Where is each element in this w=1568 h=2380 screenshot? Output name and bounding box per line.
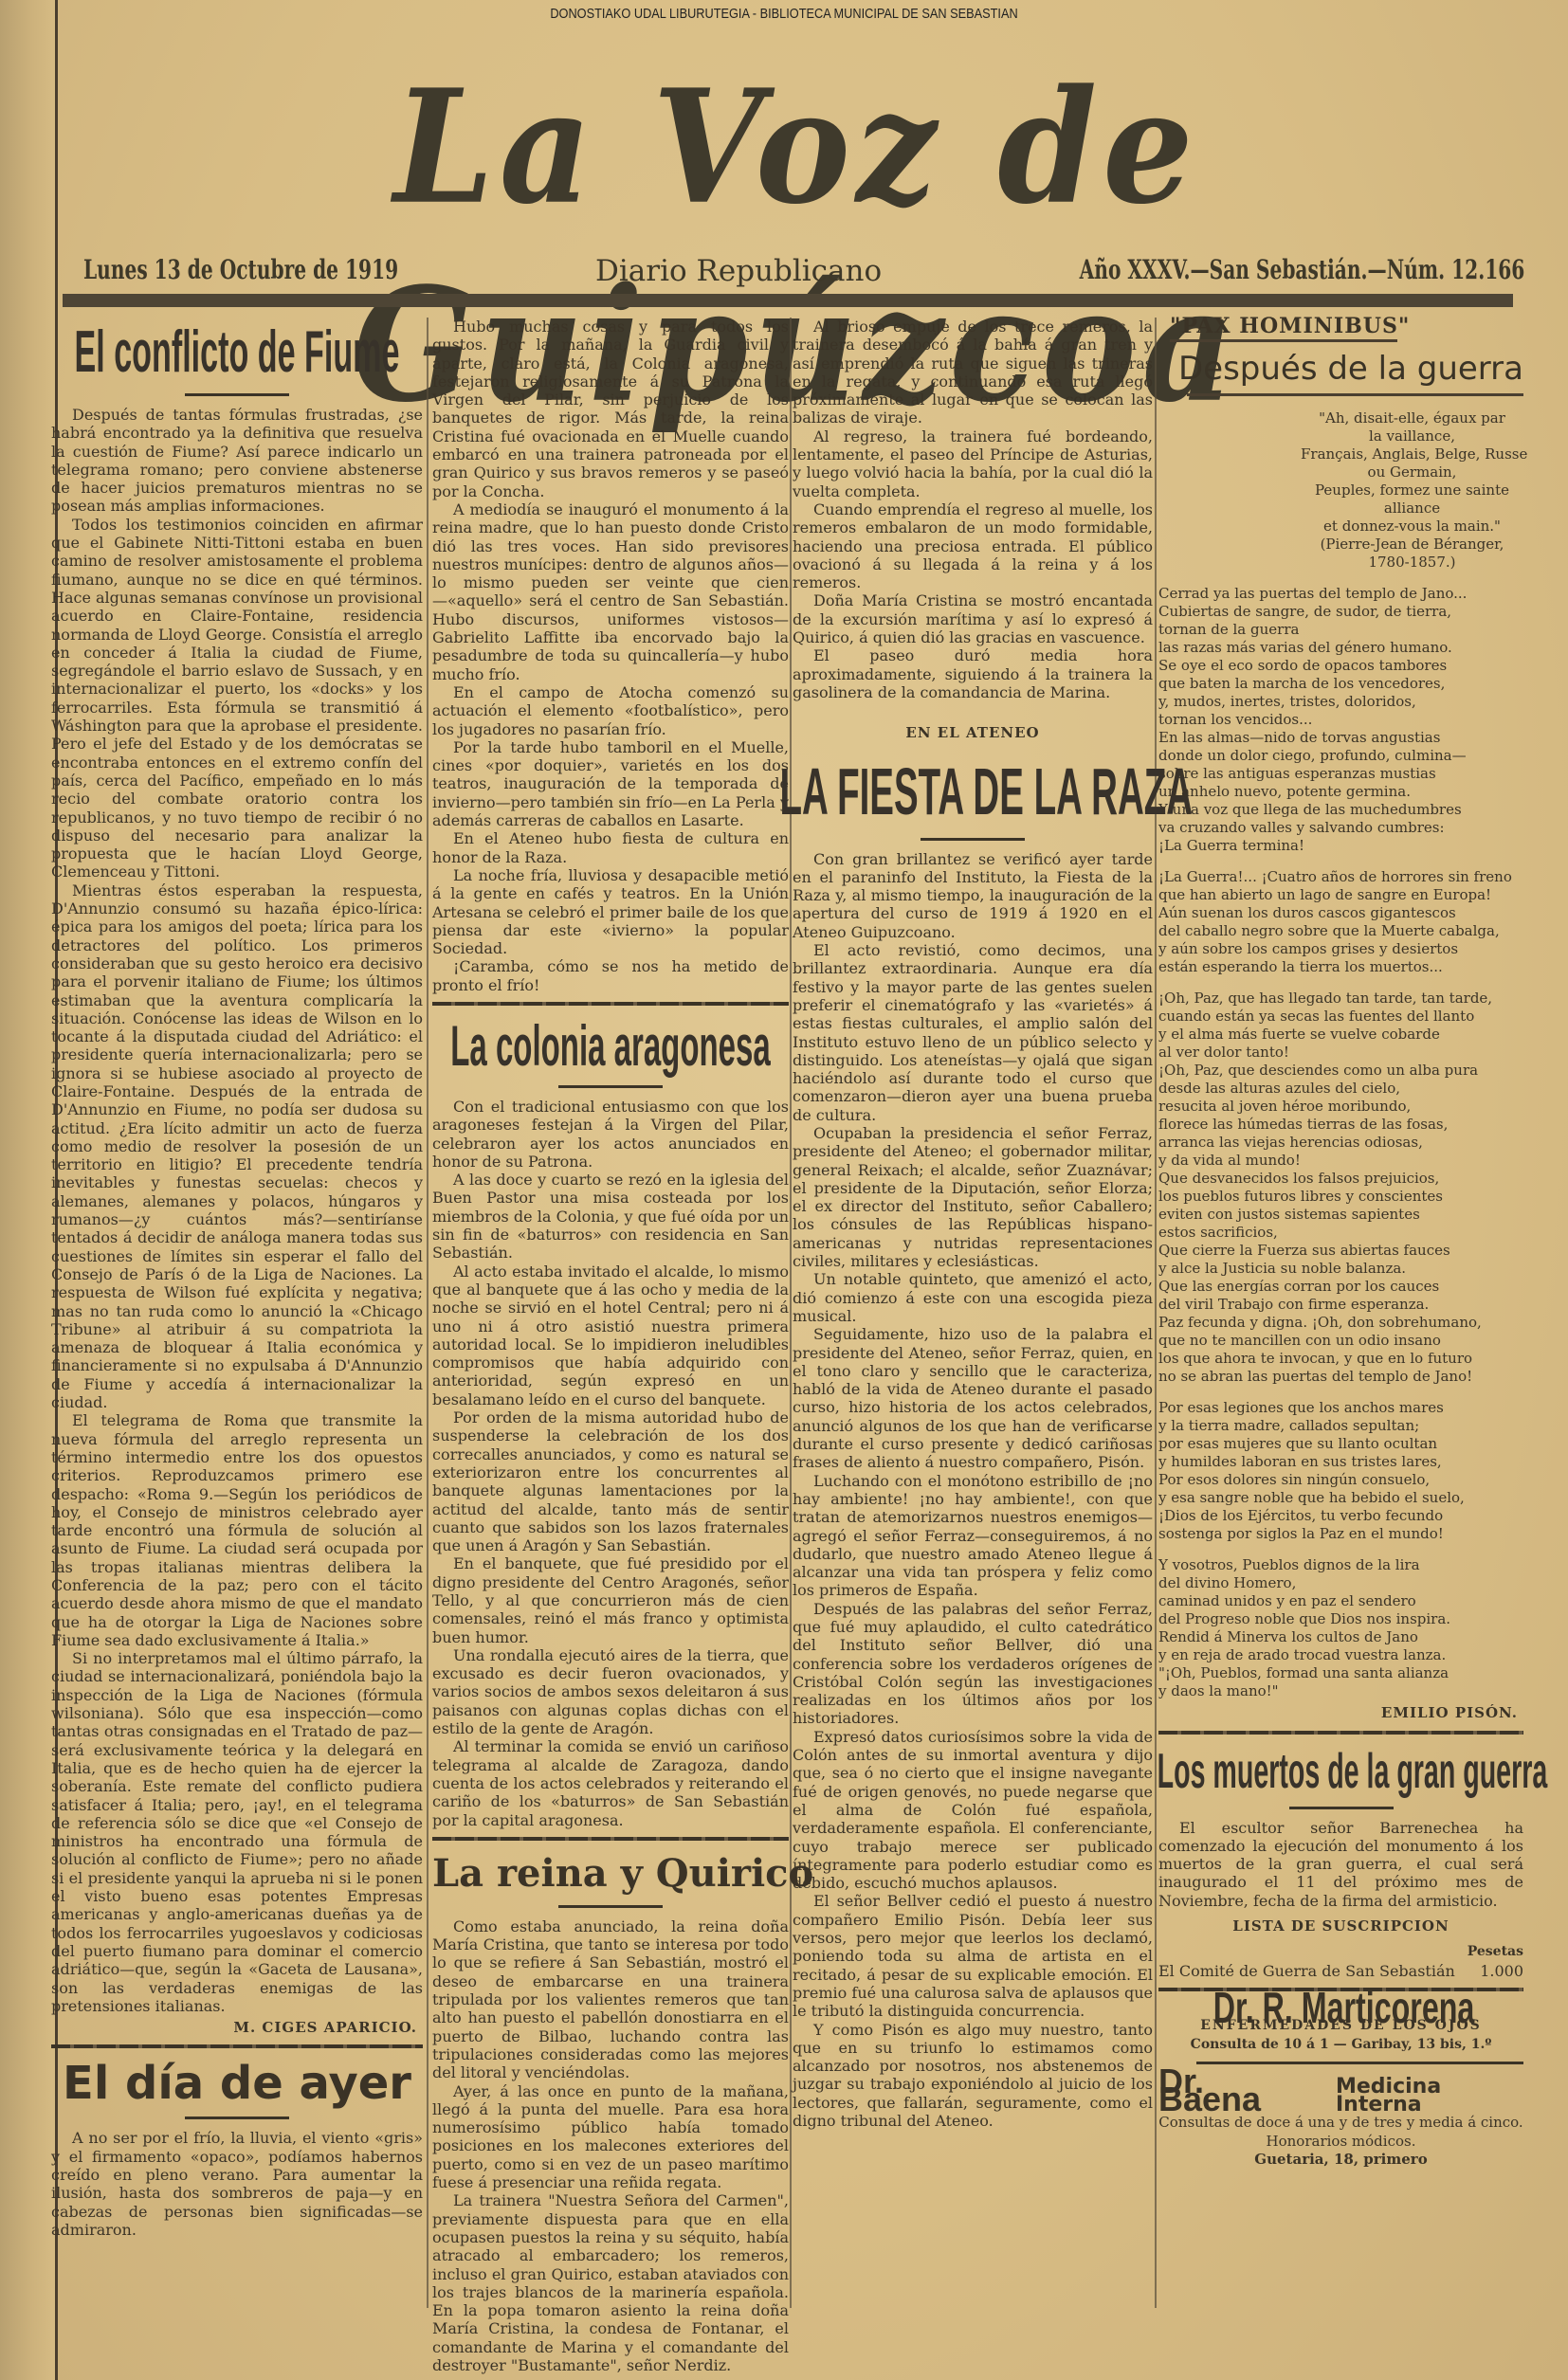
column-header: Pesetas	[1158, 1943, 1523, 1961]
epigraph-line: et donnez-vous la main."	[1301, 518, 1523, 536]
epigraph-line: alliance	[1301, 500, 1523, 518]
headline-rule	[185, 393, 289, 396]
verse-line: estos sacrificios,	[1158, 1224, 1523, 1242]
headline: Los muertos de la gran guerra	[1158, 1742, 1525, 1801]
epigraph-line: (Pierre-Jean de Béranger,	[1301, 536, 1523, 554]
headline-rule	[558, 1905, 663, 1908]
verse-line: ¡La Guerra!... ¡Cuatro años de horrores …	[1158, 868, 1523, 886]
verse-line: Paz fecunda y digna. ¡Oh, don sobrehuman…	[1158, 1314, 1523, 1332]
paragraph: El telegrama de Roma que transmite la nu…	[51, 1411, 423, 1649]
verse-line: y la tierra madre, callados sepultan;	[1158, 1417, 1523, 1435]
verse-line: sobre las antiguas esperanzas mustias	[1158, 765, 1523, 783]
headline-rule	[1187, 393, 1523, 396]
subscriber-name: El Comité de Guerra de San Sebastián	[1158, 1962, 1455, 1980]
verse-line: al ver dolor tanto!	[1158, 1044, 1523, 1062]
verse-line: Y vosotros, Pueblos dignos de la lira	[1158, 1556, 1523, 1574]
verse-line: ¡La Guerra termina!	[1158, 837, 1523, 855]
paragraph: Una rondalla ejecutó aires de la tierra,…	[432, 1646, 789, 1737]
verse-line: ¡Oh, Paz, que desciendes como un alba pu…	[1158, 1062, 1523, 1080]
verse-line: Que desvanecidos los falsos prejuicios,	[1158, 1170, 1523, 1188]
verse-line: Que cierre la Fuerza sus abiertas fauces	[1158, 1242, 1523, 1260]
column-4: "PAX HOMINIBUS" Después de la guerra "Ah…	[1158, 318, 1523, 2169]
verse-line: Cubiertas de sangre, de sudor, de tierra…	[1158, 603, 1523, 621]
epigraph-line: Peuples, formez une sainte	[1301, 481, 1523, 500]
paragraph: Al brioso empuje de los trece remeros, l…	[793, 318, 1153, 427]
paragraph: El escultor señor Barrenechea ha comenza…	[1158, 1819, 1523, 1910]
ad-details: Consultas de doce á una y de tres y medi…	[1158, 2114, 1523, 2151]
article-colonia: La colonia aragonesa Con el tradicional …	[432, 1013, 789, 1829]
article-muertos: Los muertos de la gran guerra El esculto…	[1158, 1742, 1523, 1980]
ad-address: Guetaria, 18, primero	[1158, 2151, 1523, 2169]
verse-line: que no te mancillen con un odio insano	[1158, 1332, 1523, 1350]
epigraph: "Ah, disait-elle, égaux parla vaillance,…	[1301, 409, 1523, 572]
paragraph: En el Ateneo hubo fiesta de cultura en h…	[432, 829, 789, 866]
headline-rule	[1289, 1807, 1394, 1809]
byline: EMILIO PISÓN.	[1164, 1704, 1518, 1722]
paragraph: Luchando con el monótono estribillo de ¡…	[793, 1472, 1153, 1600]
verse-line: que han abierto un lago de sangre en Eur…	[1158, 886, 1523, 904]
verse-line: "¡Oh, Pueblos, formad una santa alianza	[1158, 1664, 1523, 1682]
ad-marticorena: Dr. R. Marticorena ENFERMEDADES DE LOS O…	[1158, 1999, 1523, 2054]
paragraph: Ayer, á las once en punto de la mañana, …	[432, 2082, 789, 2192]
paragraph: El acto revistió, como decimos, una bril…	[793, 941, 1153, 1124]
masthead-rule	[63, 294, 1513, 307]
verse-line: desde las alturas azules del cielo,	[1158, 1080, 1523, 1098]
verse-line: no se abran las puertas del templo de Ja…	[1158, 1368, 1523, 1386]
ad-divider	[1196, 2062, 1523, 2064]
paragraph: Todos los testimonios coinciden en afirm…	[51, 516, 423, 881]
ad-baena: Dr. Baena Medicina Interna Consultas de …	[1158, 2072, 1523, 2169]
paragraph: Después de tantas fórmulas frustradas, ¿…	[51, 406, 423, 516]
tagline: Diario Republicano	[595, 254, 882, 288]
verse-line: que baten la marcha de los vencedores,	[1158, 675, 1523, 693]
headline: La reina y Quirico	[432, 1848, 789, 1899]
paragraph: Como estaba anunciado, la reina doña Mar…	[432, 1917, 789, 2082]
column-divider	[1155, 318, 1157, 2308]
verse-line: cuando están ya secas las fuentes del ll…	[1158, 1008, 1523, 1026]
paragraph: Y como Pisón es algo muy nuestro, tanto …	[793, 2021, 1153, 2131]
ad-name: Dr. R. Marticorena	[1213, 1999, 1469, 2017]
paragraph: El señor Bellver cedió el puesto á nuest…	[793, 1892, 1153, 2020]
headline-rule	[921, 838, 1025, 841]
verse-line: los que ahora te invocan, y que en lo fu…	[1158, 1350, 1523, 1368]
verse-line: y aún sobre los campos grises y desierto…	[1158, 940, 1523, 958]
paragraph: El paseo duró media hora aproximadamente…	[793, 646, 1153, 701]
article-reina-quirico: La reina y Quirico Como estaba anunciado…	[432, 1848, 789, 2374]
dateline: Lunes 13 de Octubre de 1919 Diario Repub…	[83, 254, 1524, 292]
paragraph: Por la tarde hubo tamboril en el Muelle,…	[432, 738, 789, 829]
issue-date: Lunes 13 de Octubre de 1919	[83, 254, 398, 285]
verse-line: y en reja de arado trocad vuestra lanza.	[1158, 1646, 1523, 1664]
verse-line: donde un dolor ciego, profundo, culmina—	[1158, 747, 1523, 765]
paragraph: Con el tradicional entusiasmo con que lo…	[432, 1098, 789, 1171]
binding-edge	[0, 0, 58, 2380]
verse-line: del caballo negro sobre que la Muerte ca…	[1158, 922, 1523, 940]
headline: El día de ayer	[51, 2056, 423, 2111]
epigraph-line: la vaillance,	[1301, 427, 1523, 445]
masthead: La Voz de Guipúzcoa	[76, 66, 1517, 256]
verse-line: y, mudos, inertes, tristes, doloridos,	[1158, 693, 1523, 711]
paragraph: Al acto estaba invitado el alcalde, lo m…	[432, 1263, 789, 1408]
poem: Cerrad ya las puertas del templo de Jano…	[1158, 585, 1523, 1700]
verse-line: las razas más varias del género humano.	[1158, 639, 1523, 657]
verse-line: tornan de la guerra	[1158, 621, 1523, 639]
kicker: "PAX HOMINIBUS"	[1170, 318, 1523, 336]
verse-line: sostenga por siglos la Paz en el mundo!	[1158, 1525, 1523, 1543]
kicker-rule	[1170, 339, 1397, 342]
column-2: Hubo muchas cosas y para todos los gusto…	[432, 318, 789, 2374]
headline-rule	[558, 1085, 663, 1088]
paragraph: Expresó datos curiosísimos sobre la vida…	[793, 1728, 1153, 1893]
epigraph-line: Français, Anglais, Belge, Russe	[1301, 445, 1523, 463]
verse-line: y alce la Justicia su noble balanza.	[1158, 1260, 1523, 1278]
ornamental-rule	[432, 1837, 789, 1841]
article-fiume: El conflicto de Fiume Después de tantas …	[51, 318, 423, 2037]
paragraph: La noche fría, lluviosa y desapacible me…	[432, 866, 789, 957]
verse-line: por esas mujeres que su llanto ocultan	[1158, 1435, 1523, 1453]
article-fiesta-raza: EN EL ATENEO LA FIESTA DE LA RAZA Con gr…	[793, 724, 1153, 2130]
verse-line: y humildes laboran en sus tristes lares,	[1158, 1453, 1523, 1471]
verse-line: resucita al joven héroe moribundo,	[1158, 1098, 1523, 1116]
paragraph: Al terminar la comida se envió un cariño…	[432, 1737, 789, 1828]
verse-line: arranca las viejas herencias odiosas,	[1158, 1134, 1523, 1152]
verse-line: caminad unidos y en paz el sendero	[1158, 1592, 1523, 1610]
verse-line: del divino Homero,	[1158, 1574, 1523, 1592]
library-header: DONOSTIAKO UDAL LIBURUTEGIA - BIBLIOTECA…	[118, 6, 1450, 22]
verse-line: Se oye el eco sordo de opacos tambores	[1158, 657, 1523, 675]
column-3: Al brioso empuje de los trece remeros, l…	[793, 318, 1153, 2130]
verse-line: están esperando la tierra los muertos...	[1158, 958, 1523, 976]
ornamental-rule	[51, 2044, 423, 2048]
verse-line: Que las energías corran por los cauces	[1158, 1278, 1523, 1296]
headline: LA FIESTA DE LA RAZA	[780, 751, 1166, 832]
verse-line: los pueblos futuros libres y conscientes	[1158, 1188, 1523, 1206]
paragraph: A las doce y cuarto se rezó en la iglesi…	[432, 1171, 789, 1262]
headline: El conflicto de Fiume	[51, 318, 423, 388]
paragraph: A no ser por el frío, la lluvia, el vien…	[51, 2129, 423, 2239]
ad-specialty: Medicina Interna	[1336, 2078, 1523, 2115]
column-divider	[427, 318, 428, 2308]
verse-line: ¡Oh, Paz, que has llegado tan tarde, tan…	[1158, 990, 1523, 1008]
paragraph: Ocupaban la presidencia el señor Ferraz,…	[793, 1124, 1153, 1270]
paragraph: Mientras éstos esperaban la respuesta, D…	[51, 881, 423, 1412]
article-dia-de-ayer: El día de ayer A no ser por el frío, la …	[51, 2056, 423, 2239]
verse-line: ¡Dios de los Ejércitos, tu verbo fecundo	[1158, 1507, 1523, 1525]
verse-line: Por esos dolores sin ningún consuelo,	[1158, 1471, 1523, 1489]
paragraph: La trainera "Nuestra Señora del Carmen",…	[432, 2191, 789, 2374]
verse-line: del Progreso noble que Dios nos inspira.	[1158, 1610, 1523, 1628]
verse-line: tornan los vencidos...	[1158, 711, 1523, 729]
ornamental-rule	[1158, 1731, 1523, 1735]
verse-line: Aún suenan los duros cascos gigantescos	[1158, 904, 1523, 922]
ornamental-rule	[432, 1002, 789, 1006]
verse-line: Y una voz que llega de las muchedumbres	[1158, 801, 1523, 819]
column-divider	[790, 318, 792, 2308]
verse-line: y esa sangre noble que ha bebido el suel…	[1158, 1489, 1523, 1507]
headline: Después de la guerra	[1158, 348, 1523, 390]
verse-line: florece las húmedas tierras de las fosas…	[1158, 1116, 1523, 1134]
headline-rule	[185, 2117, 289, 2119]
epigraph-line: ou Germain,	[1301, 463, 1523, 481]
verse-line: va cruzando valles y salvando cumbres:	[1158, 819, 1523, 837]
verse-line: un anhelo nuevo, potente germina.	[1158, 783, 1523, 801]
subscriber-amount: 1.000	[1480, 1962, 1523, 1980]
verse-line: En las almas—nido de torvas angustias	[1158, 729, 1523, 747]
ad-details: Consulta de 10 á 1 — Garibay, 13 bis, 1.…	[1158, 2036, 1523, 2054]
paragraph: En el banquete, que fué presidido por el…	[432, 1554, 789, 1645]
paragraph: En el campo de Atocha comenzó su actuaci…	[432, 683, 789, 738]
epigraph-line: "Ah, disait-elle, égaux par	[1301, 409, 1523, 427]
verse-line: y el alma más fuerte se vuelve cobarde	[1158, 1026, 1523, 1044]
paragraph: Cuando emprendía el regreso al muelle, l…	[793, 500, 1153, 591]
verse-line: Rendid á Minerva los cultos de Jano	[1158, 1628, 1523, 1646]
paragraph: ¡Caramba, cómo se nos ha metido de pront…	[432, 957, 789, 994]
issue-number: Año XXXV.—San Sebastián.—Núm. 12.166	[1079, 254, 1524, 285]
subscription-title: LISTA DE SUSCRIPCION	[1158, 1917, 1523, 1935]
verse-line: Por esas legiones que los anchos mares	[1158, 1399, 1523, 1417]
paragraph: Doña María Cristina se mostró encantada …	[793, 591, 1153, 646]
verse-line: Cerrad ya las puertas del templo de Jano…	[1158, 585, 1523, 603]
paragraph: Si no interpretamos mal el último párraf…	[51, 1649, 423, 2015]
paragraph: Al regreso, la trainera fué bordeando, l…	[793, 427, 1153, 500]
verse-line: eviten con justos sistemas sapientes	[1158, 1206, 1523, 1224]
kicker: EN EL ATENEO	[793, 724, 1153, 742]
column-1: El conflicto de Fiume Después de tantas …	[51, 318, 423, 2239]
verse-line: y da vida al mundo!	[1158, 1152, 1523, 1170]
paragraph: A mediodía se inauguró el monumento á la…	[432, 500, 789, 683]
paragraph: Por orden de la misma autoridad hubo de …	[432, 1408, 789, 1554]
paragraph: Con gran brillantez se verificó ayer tar…	[793, 850, 1153, 941]
article-pax: "PAX HOMINIBUS" Después de la guerra "Ah…	[1158, 318, 1523, 1723]
headline: La colonia aragonesa	[440, 1013, 782, 1080]
verse-line: y daos la mano!"	[1158, 1682, 1523, 1700]
paragraph: Seguidamente, hizo uso de la palabra el …	[793, 1325, 1153, 1471]
paragraph: Hubo muchas cosas y para todos los gusto…	[432, 318, 789, 500]
paragraph: Después de las palabras del señor Ferraz…	[793, 1600, 1153, 1728]
byline: M. CIGES APARICIO.	[57, 2019, 417, 2037]
ad-name: Dr. Baena	[1158, 2072, 1307, 2109]
paragraph: Un notable quinteto, que amenizó el acto…	[793, 1270, 1153, 1325]
subscription-row: El Comité de Guerra de San Sebastián 1.0…	[1158, 1962, 1523, 1980]
verse-line: del viril Trabajo con firme esperanza.	[1158, 1296, 1523, 1314]
epigraph-line: 1780-1857.)	[1301, 554, 1523, 572]
